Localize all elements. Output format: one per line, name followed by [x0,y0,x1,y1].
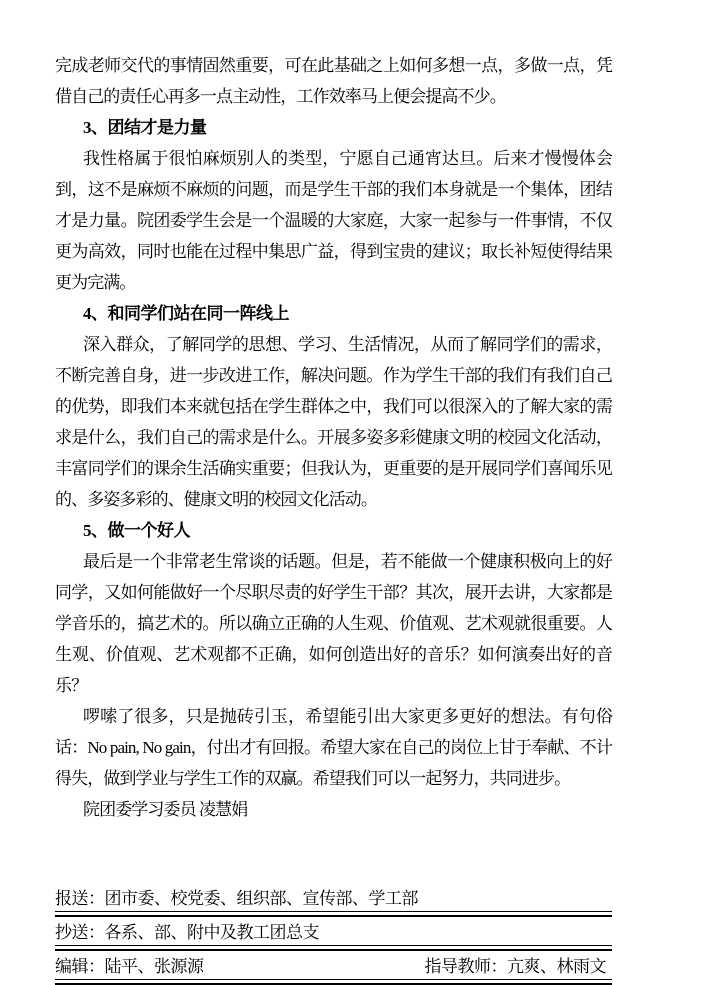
footer-advisors-text: 指导教师：亢爽、林雨文 [425,955,613,979]
footer-report-row: 报送：团市委、校党委、组织部、宣传部、学工部 [55,887,612,917]
footer-copy-text: 抄送：各系、部、附中及教工团总支 [55,921,612,946]
section-5-paragraph-2: 啰嗦了很多，只是抛砖引玉，希望能引出大家更多更好的想法。有句俗话：No pain… [55,701,612,794]
section-3-paragraph: 我性格属于很怕麻烦别人的类型，宁愿自己通宵达旦。后来才慢慢体会到，这不是麻烦不麻… [55,143,612,298]
footer-editors-text: 编辑：陆平、张源源 [55,955,204,979]
document-page: 完成老师交代的事情固然重要，可在此基础之上如何多想一点，多做一点，凭借自己的责任… [0,0,713,985]
document-footer: 报送：团市委、校党委、组织部、宣传部、学工部 抄送：各系、部、附中及教工团总支 … [55,887,612,985]
footer-report-text: 报送：团市委、校党委、组织部、宣传部、学工部 [55,887,612,912]
section-4-paragraph: 深入群众，了解同学的思想、学习、生活情况，从而了解同学们的需求，不断完善自身，进… [55,329,612,515]
signature: 院团委学习委员 凌慧娟 [55,794,612,825]
section-5-paragraph-1: 最后是一个非常老生常谈的话题。但是，若不能做一个健康积极向上的好同学，又如何能做… [55,546,612,701]
footer-copy-row: 抄送：各系、部、附中及教工团总支 [55,921,612,951]
section-heading-3: 3、团结才是力量 [55,112,612,143]
document-body: 完成老师交代的事情固然重要，可在此基础之上如何多想一点，多做一点，凭借自己的责任… [55,50,612,825]
section-heading-5: 5、做一个好人 [55,515,612,546]
footer-credits-row: 编辑：陆平、张源源 指导教师：亢爽、林雨文 [55,955,612,985]
section-heading-4: 4、和同学们站在同一阵线上 [55,298,612,329]
footer-credits-inner: 编辑：陆平、张源源 指导教师：亢爽、林雨文 [55,955,612,980]
intro-paragraph: 完成老师交代的事情固然重要，可在此基础之上如何多想一点，多做一点，凭借自己的责任… [55,50,612,112]
